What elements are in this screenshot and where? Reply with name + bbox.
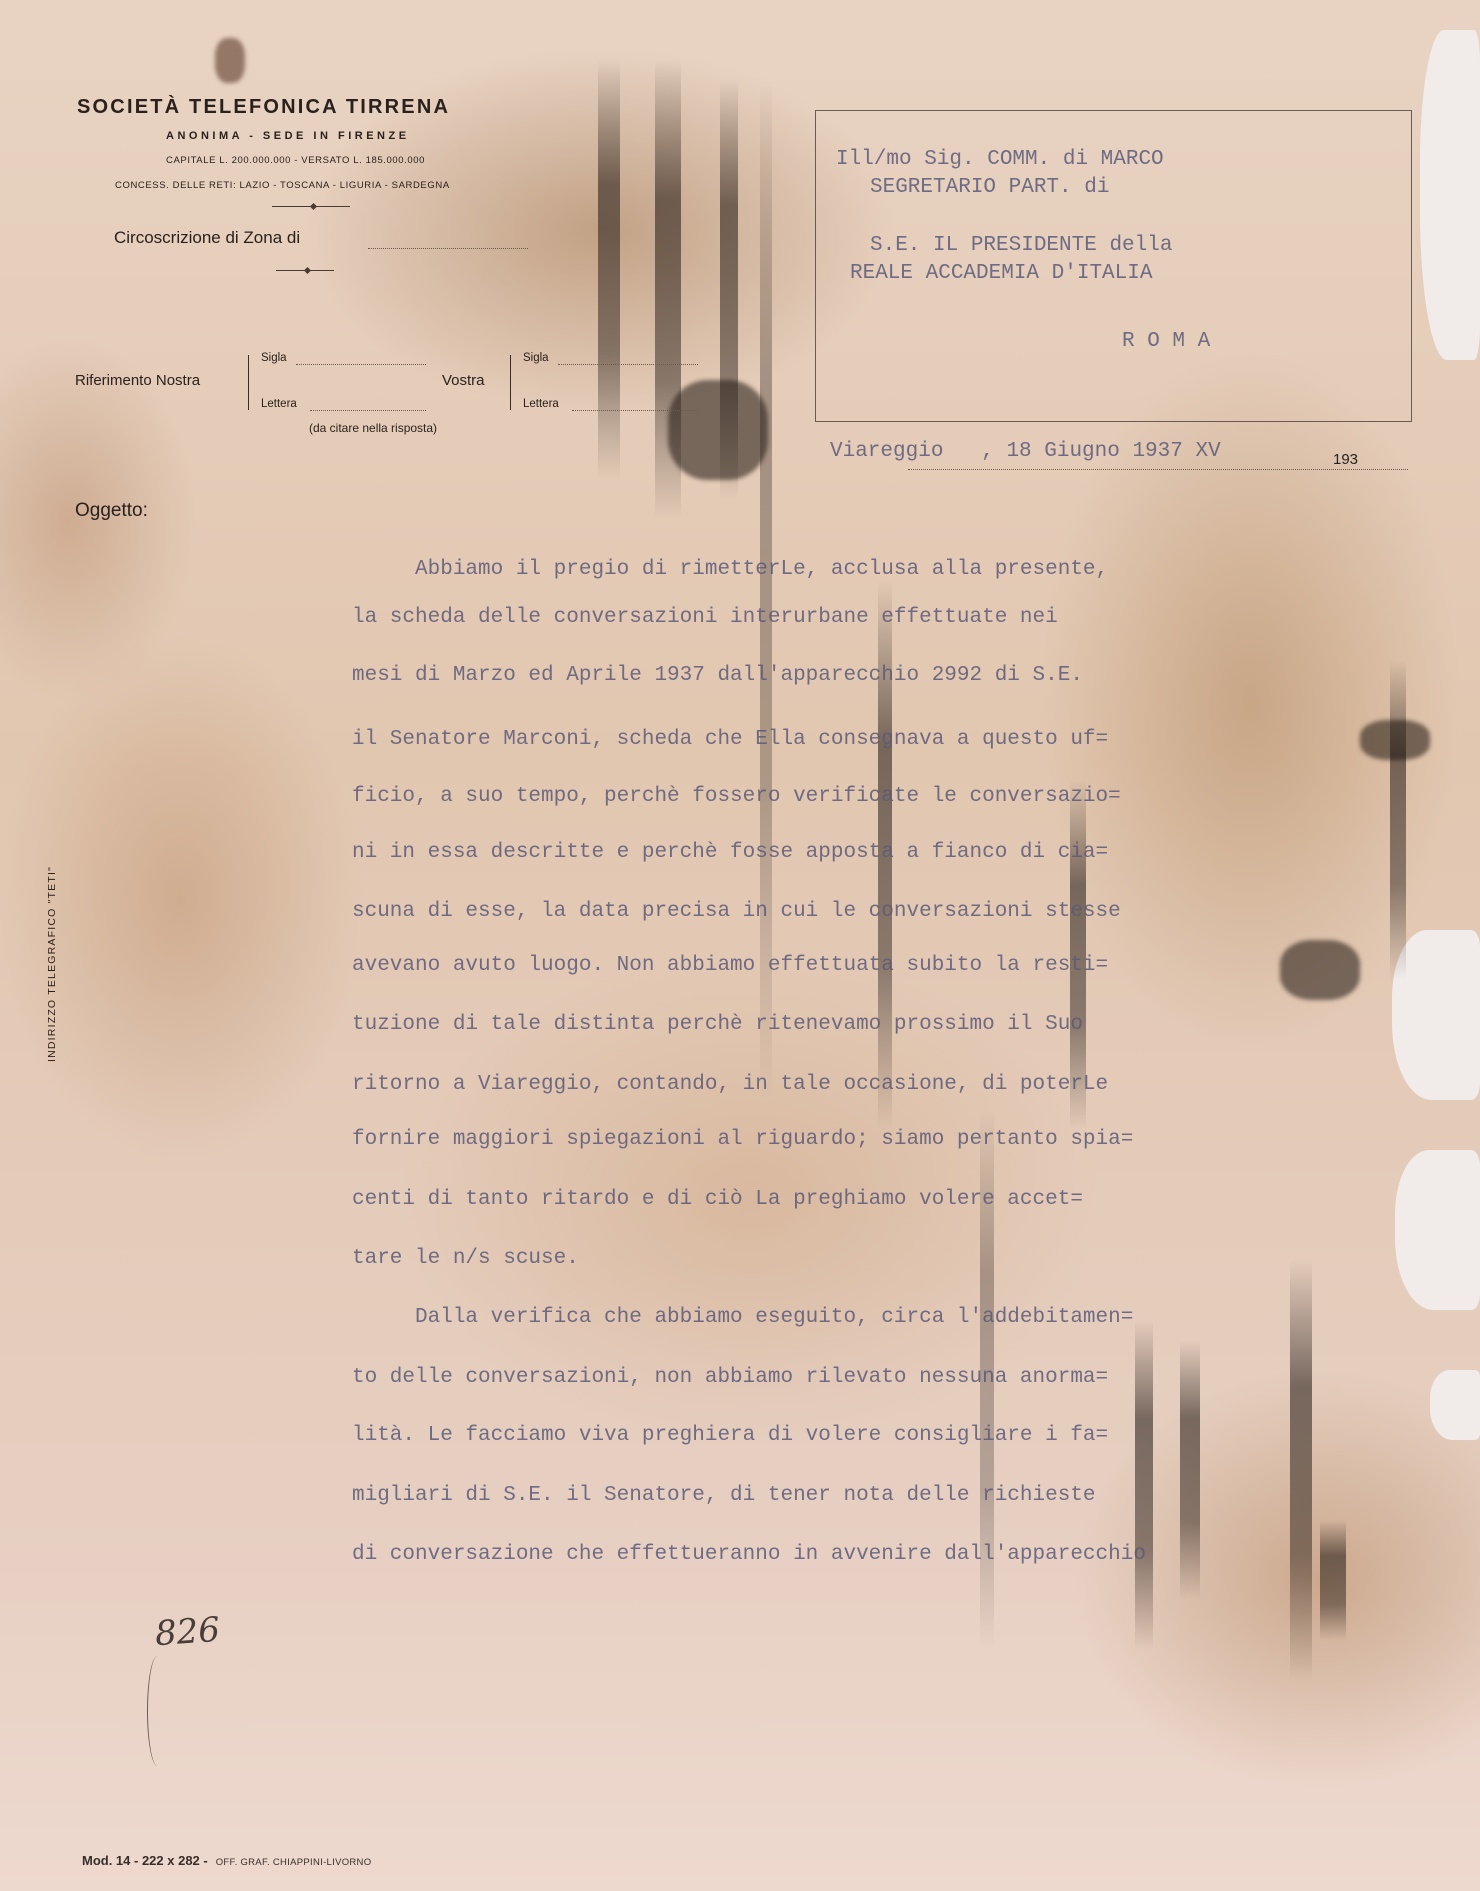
zone-label: Circoscrizione di Zona di — [114, 228, 300, 248]
body-line: la scheda delle conversazioni interurban… — [352, 606, 1058, 629]
ink-streak — [1180, 1340, 1200, 1600]
letter-page: SOCIETÀ TELEFONICA TIRRENA ANONIMA - SED… — [0, 0, 1480, 1891]
addressee-line: S.E. IL PRESIDENTE della — [870, 234, 1172, 257]
reference-note: (da citare nella risposta) — [309, 421, 437, 435]
addressee-line: REALE ACCADEMIA D'ITALIA — [850, 262, 1152, 285]
handwritten-number: 826 — [154, 1610, 222, 1654]
our-lettera-label: Lettera — [261, 398, 297, 410]
body-line: lità. Le facciamo viva preghiera di vole… — [352, 1424, 1108, 1447]
your-sigla-label: Sigla — [523, 352, 549, 364]
telegraph-address: INDIRIZZO TELEGRAFICO "TETI" — [46, 866, 58, 1062]
ink-streak — [1135, 1320, 1153, 1650]
body-line: avevano avuto luogo. Non abbiamo effettu… — [352, 954, 1108, 977]
torn-edge — [1430, 1370, 1480, 1440]
body-line: mesi di Marzo ed Aprile 1937 dall'appare… — [352, 664, 1083, 687]
ink-streak — [760, 80, 772, 1100]
ink-smudge — [1280, 940, 1360, 1000]
reference-label: Riferimento Nostra — [75, 372, 200, 389]
printed-year-prefix: 193 — [1333, 451, 1358, 468]
body-line: il Senatore Marconi, scheda che Ella con… — [352, 728, 1108, 751]
ornament-divider — [276, 270, 334, 271]
our-lettera-line — [310, 410, 426, 411]
ink-streak — [1320, 1520, 1346, 1640]
body-line: tuzione di tale distinta perchè riteneva… — [352, 1013, 1083, 1036]
company-capital: CAPITALE L. 200.000.000 - VERSATO L. 185… — [166, 155, 425, 166]
body-line: di conversazione che effettueranno in av… — [352, 1543, 1146, 1566]
addressee-line: R O M A — [1122, 330, 1210, 353]
body-line: tare le n/s scuse. — [352, 1247, 579, 1270]
body-line: to delle conversazioni, non abbiamo rile… — [352, 1366, 1108, 1389]
our-sigla-line — [296, 364, 426, 365]
company-concessions: CONCESS. DELLE RETI: LAZIO - TOSCANA - L… — [115, 180, 450, 191]
body-line: migliari di S.E. il Senatore, di tener n… — [352, 1484, 1096, 1507]
torn-edge — [1395, 1150, 1480, 1310]
printer-name: OFF. GRAF. CHIAPPINI-LIVORNO — [216, 1857, 372, 1868]
body-line: centi di tanto ritardo e di ciò La pregh… — [352, 1188, 1083, 1211]
your-sigla-line — [558, 364, 698, 365]
ink-streak — [1390, 660, 1406, 980]
ink-smudge — [1360, 720, 1430, 760]
company-subtitle: ANONIMA - SEDE IN FIRENZE — [166, 130, 410, 142]
subject-label: Oggetto: — [75, 500, 148, 522]
torn-edge — [1420, 30, 1480, 360]
our-sigla-label: Sigla — [261, 352, 287, 364]
date-line: Viareggio , 18 Giugno 1937 XV — [830, 440, 1221, 463]
body-line: Abbiamo il pregio di rimetterLe, acclusa… — [352, 558, 1108, 581]
stain — [215, 38, 245, 83]
body-line: scuna di esse, la data precisa in cui le… — [352, 900, 1121, 923]
date-text: 18 Giugno 1937 XV — [1006, 440, 1220, 463]
company-name: SOCIETÀ TELEFONICA TIRRENA — [77, 96, 450, 119]
zone-field-line — [368, 248, 528, 249]
ornament-divider — [272, 206, 350, 207]
brace — [248, 355, 255, 410]
date-field-line — [908, 469, 1408, 470]
body-line: ficio, a suo tempo, perchè fossero verif… — [352, 785, 1121, 808]
brace — [510, 355, 517, 410]
addressee-line: SEGRETARIO PART. di — [870, 176, 1109, 199]
your-reference-label: Vostra — [442, 372, 485, 389]
ink-smudge — [668, 380, 768, 480]
handwritten-stroke — [147, 1656, 168, 1766]
body-line: fornire maggiori spiegazioni al riguardo… — [352, 1128, 1133, 1151]
form-footer: Mod. 14 - 222 x 282 -OFF. GRAF. CHIAPPIN… — [82, 1853, 371, 1868]
ink-streak — [1290, 1260, 1312, 1680]
body-line: ritorno a Viareggio, contando, in tale o… — [352, 1073, 1108, 1096]
your-lettera-line — [572, 410, 698, 411]
form-code: Mod. 14 - 222 x 282 - — [82, 1853, 208, 1868]
addressee-line: Ill/mo Sig. COMM. di MARCO — [836, 148, 1164, 171]
body-line: Dalla verifica che abbiamo eseguito, cir… — [352, 1306, 1133, 1329]
date-place: Viareggio — [830, 440, 943, 463]
ink-streak — [598, 60, 620, 480]
your-lettera-label: Lettera — [523, 398, 559, 410]
body-line: ni in essa descritte e perchè fosse appo… — [352, 841, 1108, 864]
